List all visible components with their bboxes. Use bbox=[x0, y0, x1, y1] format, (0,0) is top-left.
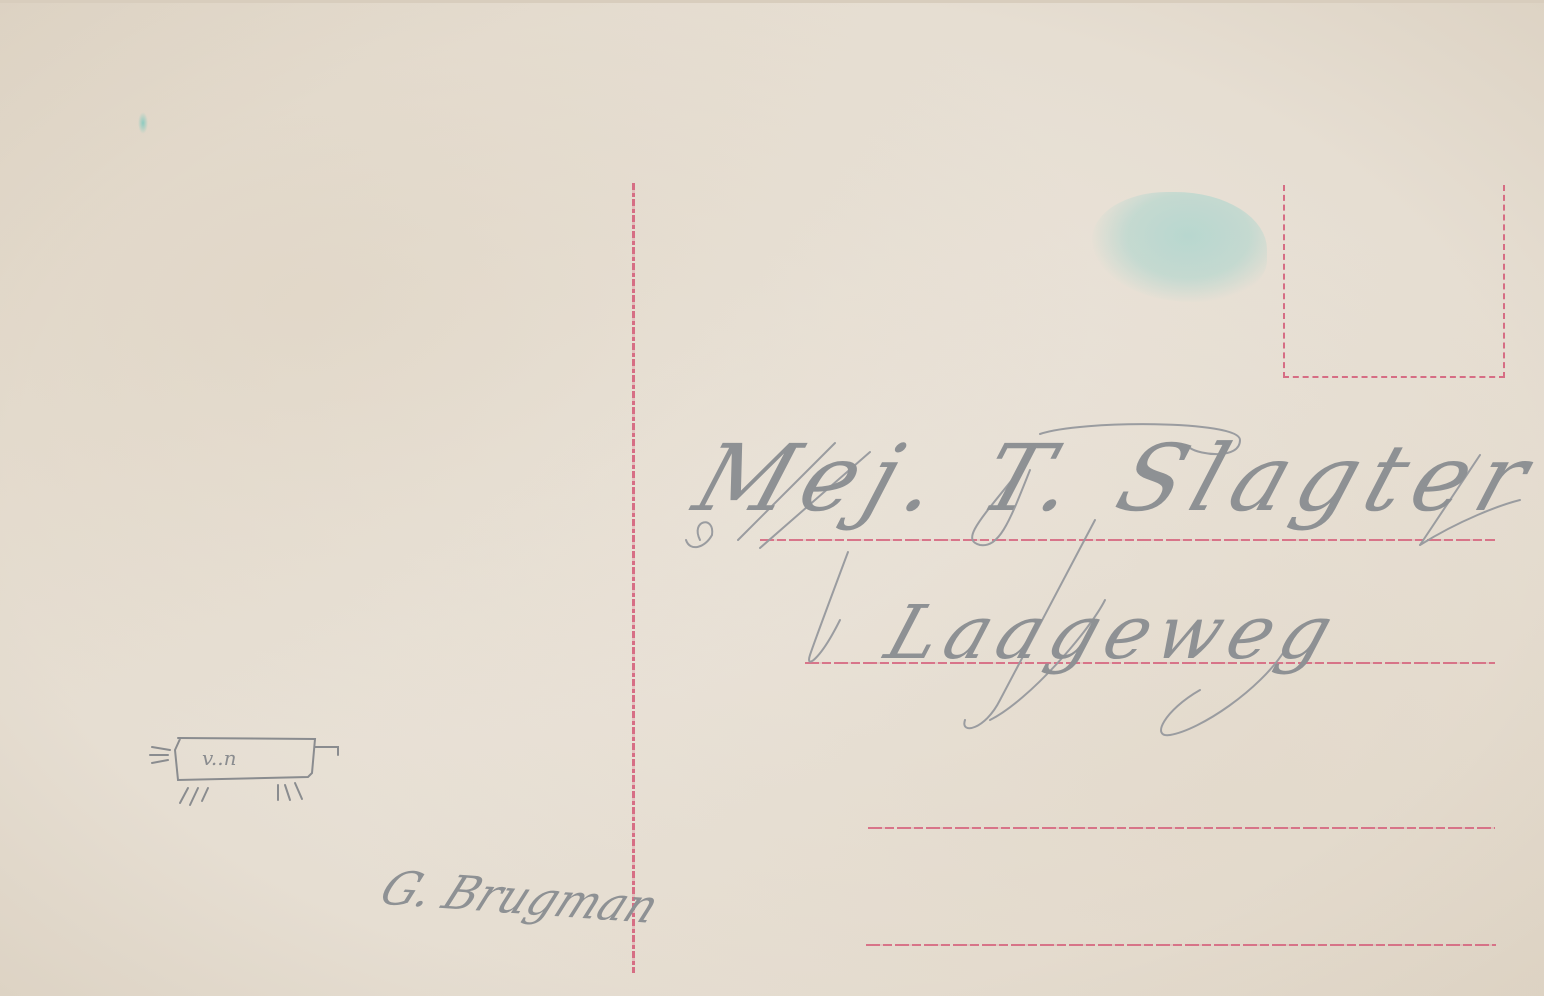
postcard-back: Mej. T. Slagter Laageweg v..n G. Brugman bbox=[0, 0, 1544, 996]
card-edge bbox=[0, 0, 1544, 3]
ink-spot bbox=[138, 112, 148, 134]
sketch-label: v..n bbox=[202, 746, 237, 770]
ink-stain bbox=[1092, 192, 1267, 302]
address-line-3 bbox=[868, 827, 1495, 829]
sender-signature: G. Brugman bbox=[372, 860, 667, 933]
stamp-box bbox=[1283, 185, 1505, 378]
recipient-name: Mej. T. Slagter bbox=[683, 425, 1544, 532]
address-line-4 bbox=[866, 944, 1496, 946]
address-line-1 bbox=[760, 539, 1495, 541]
recipient-street: Laageweg bbox=[876, 590, 1351, 676]
animal-sketch-icon: v..n bbox=[140, 725, 350, 815]
center-divider-line bbox=[632, 183, 635, 973]
